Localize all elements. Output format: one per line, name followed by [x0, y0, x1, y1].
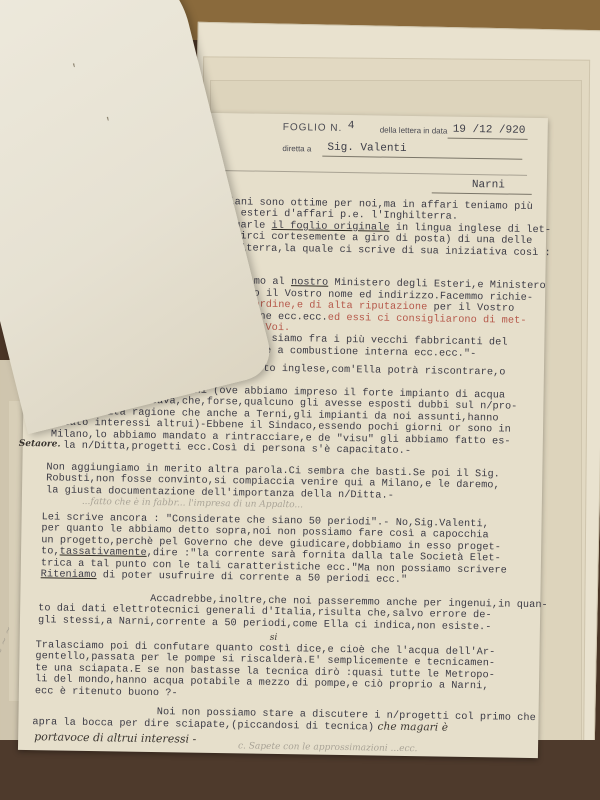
handwritten-margin-note: Setaore. — [19, 439, 61, 450]
underlined-word: Riteniamo — [41, 569, 97, 581]
faint-handwritten-note: ...fatto che è in fabbr... l'impresa di … — [82, 497, 303, 510]
underlined-word: tassativamente — [60, 547, 147, 559]
faint-handwritten-note: c. Sapete con le approssimazioni ...ecc. — [238, 741, 418, 754]
paragraph-50-periodi: Lei scrive ancora : "Considerate che sia… — [41, 512, 508, 588]
handwritten-continuation: che magari è — [374, 721, 448, 734]
place-value: Narni — [472, 179, 505, 192]
addressee-underline — [322, 156, 522, 160]
date-underline — [448, 138, 528, 140]
foglio-number: 4 — [348, 120, 355, 132]
addressee-value: Sig. Valenti — [327, 142, 406, 155]
paper-mark: ' — [104, 115, 114, 130]
addressee-label: diretta a — [282, 144, 311, 153]
handwritten-closing-line: portavoce di altrui interessi - — [34, 730, 196, 746]
red-typed-text: ed essi ci consigliarono di met- — [328, 312, 527, 326]
paper-mark: ' — [70, 61, 80, 76]
date-label: della lettera in data — [380, 126, 448, 136]
foglio-label: FOGLIO N. — [283, 122, 343, 134]
paragraph-ingenui: Accadrebbe,inoltre,che noi passeremmo an… — [38, 592, 548, 634]
handwritten-insert: si — [270, 633, 278, 643]
date-value: 19 /12 /920 — [453, 124, 526, 137]
place-underline — [432, 192, 532, 195]
